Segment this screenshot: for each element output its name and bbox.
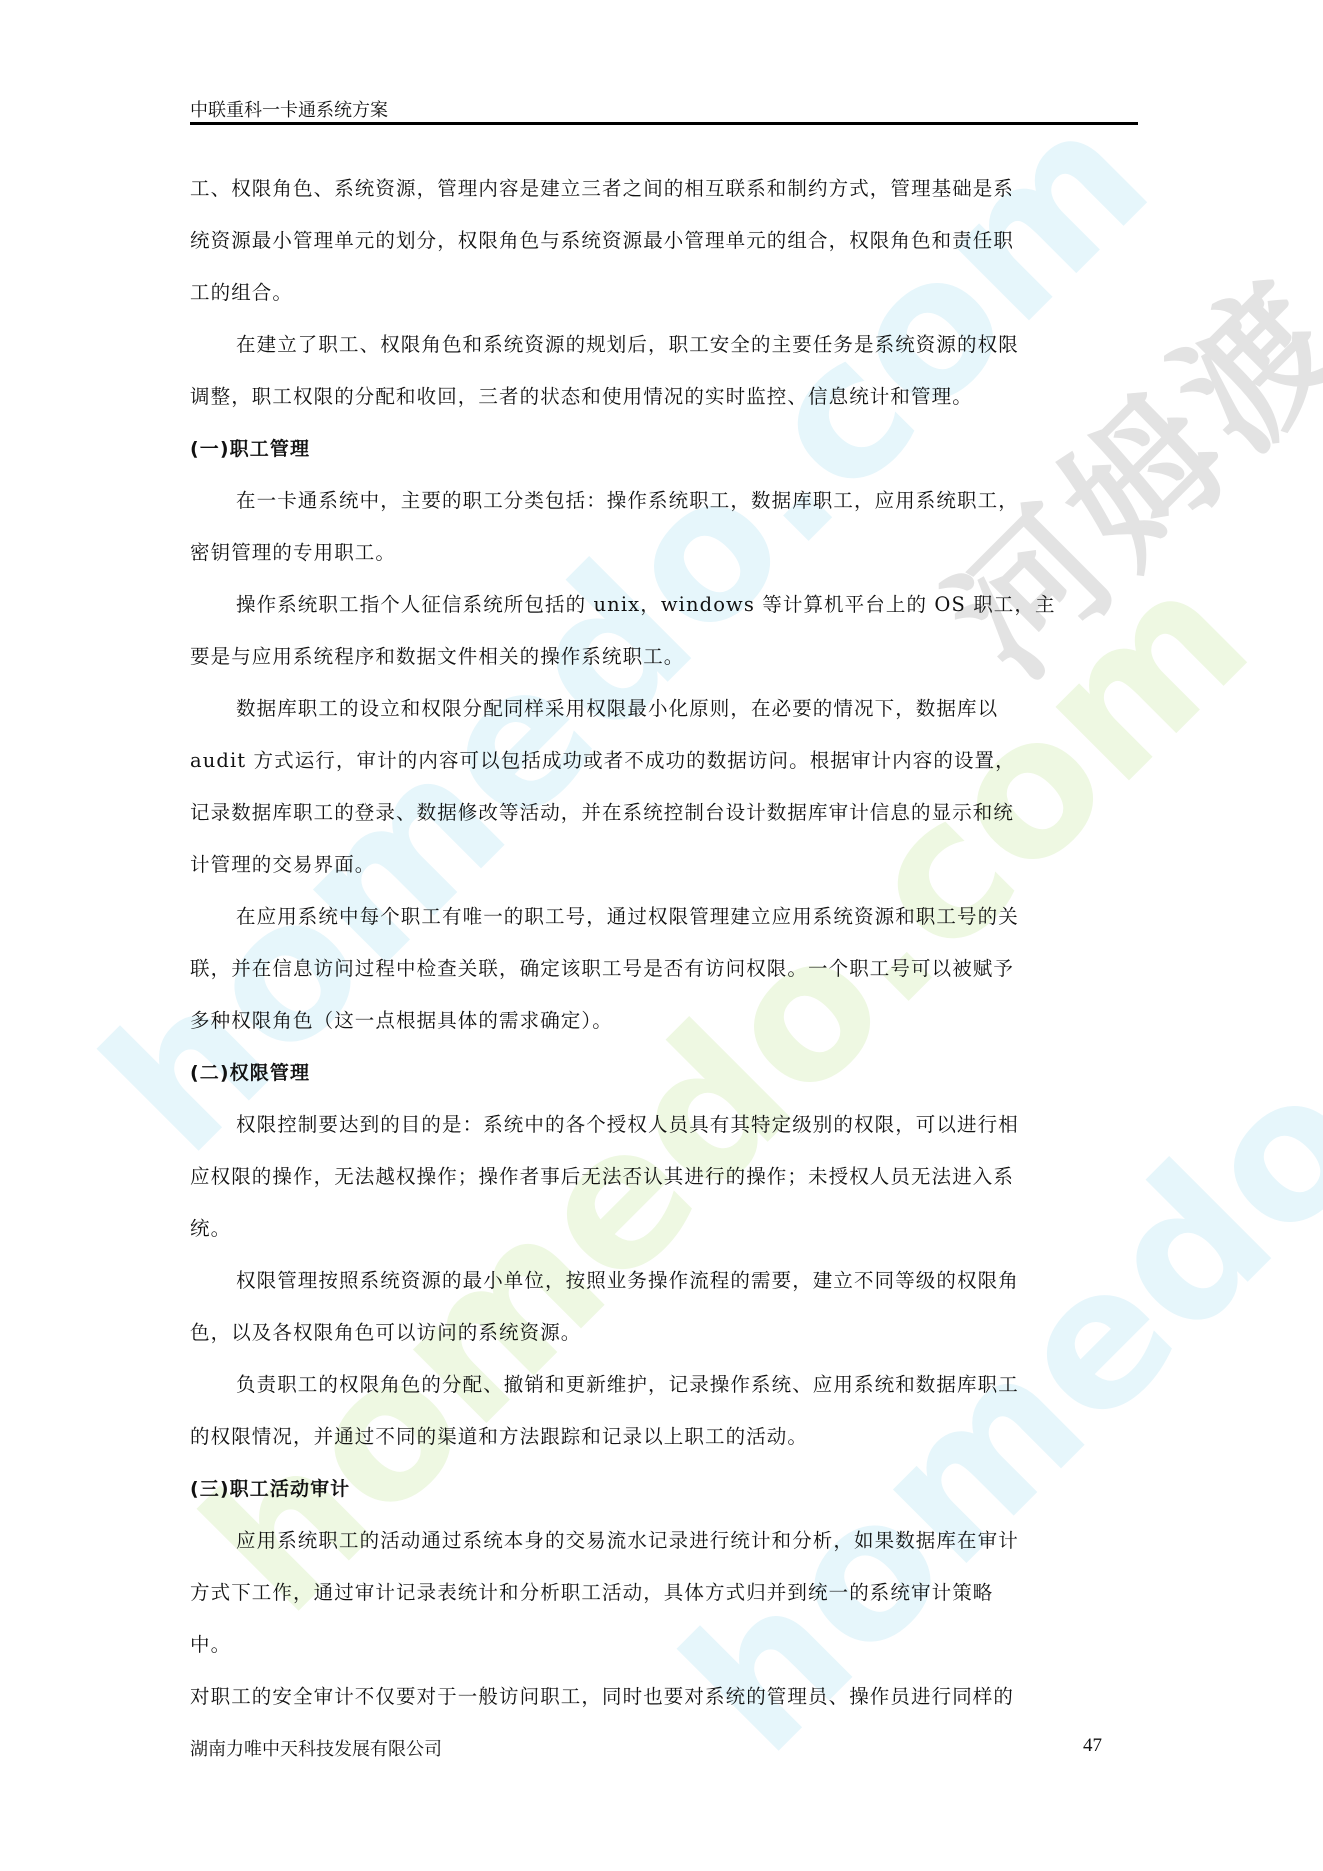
paragraph-line: audit 方式运行，审计的内容可以包括成功或者不成功的数据访问。根据审计内容的… bbox=[190, 735, 1138, 787]
paragraph-line: 联，并在信息访问过程中检查关联，确定该职工号是否有访问权限。一个职工号可以被赋予 bbox=[190, 943, 1138, 995]
page-header-title: 中联重科一卡通系统方案 bbox=[190, 96, 1138, 122]
paragraph-line: 密钥管理的专用职工。 bbox=[190, 527, 1138, 579]
paragraph-line: 记录数据库职工的登录、数据修改等活动，并在系统控制台设计数据库审计信息的显示和统 bbox=[190, 787, 1138, 839]
paragraph-line: 在应用系统中每个职工有唯一的职工号，通过权限管理建立应用系统资源和职工号的关 bbox=[190, 891, 1138, 943]
section-heading: (三)职工活动审计 bbox=[190, 1463, 1138, 1515]
document-body: 工、权限角色、系统资源，管理内容是建立三者之间的相互联系和制约方式，管理基础是系… bbox=[190, 163, 1138, 1723]
paragraph-line: 工的组合。 bbox=[190, 267, 1138, 319]
paragraph-line: 色，以及各权限角色可以访问的系统资源。 bbox=[190, 1307, 1138, 1359]
page-number: 47 bbox=[1083, 1735, 1102, 1757]
paragraph-line: 操作系统职工指个人征信系统所包括的 unix，windows 等计算机平台上的 … bbox=[190, 579, 1138, 631]
paragraph-line: 计管理的交易界面。 bbox=[190, 839, 1138, 891]
paragraph-line: 对职工的安全审计不仅要对于一般访问职工，同时也要对系统的管理员、操作员进行同样的 bbox=[190, 1671, 1138, 1723]
paragraph-line: 要是与应用系统程序和数据文件相关的操作系统职工。 bbox=[190, 631, 1138, 683]
paragraph-line: 应用系统职工的活动通过系统本身的交易流水记录进行统计和分析，如果数据库在审计 bbox=[190, 1515, 1138, 1567]
paragraph-line: 在一卡通系统中，主要的职工分类包括：操作系统职工，数据库职工，应用系统职工， bbox=[190, 475, 1138, 527]
paragraph-line: 多种权限角色（这一点根据具体的需求确定）。 bbox=[190, 995, 1138, 1047]
section-heading: (二)权限管理 bbox=[190, 1047, 1138, 1099]
paragraph-line: 负责职工的权限角色的分配、撤销和更新维护，记录操作系统、应用系统和数据库职工 bbox=[190, 1359, 1138, 1411]
paragraph-line: 工、权限角色、系统资源，管理内容是建立三者之间的相互联系和制约方式，管理基础是系 bbox=[190, 163, 1138, 215]
section-heading: (一)职工管理 bbox=[190, 423, 1138, 475]
paragraph-line: 权限控制要达到的目的是：系统中的各个授权人员具有其特定级别的权限，可以进行相 bbox=[190, 1099, 1138, 1151]
paragraph-line: 方式下工作，通过审计记录表统计和分析职工活动，具体方式归并到统一的系统审计策略 bbox=[190, 1567, 1138, 1619]
paragraph-line: 中。 bbox=[190, 1619, 1138, 1671]
paragraph-line: 调整，职工权限的分配和收回，三者的状态和使用情况的实时监控、信息统计和管理。 bbox=[190, 371, 1138, 423]
paragraph-line: 统资源最小管理单元的划分，权限角色与系统资源最小管理单元的组合，权限角色和责任职 bbox=[190, 215, 1138, 267]
paragraph-line: 权限管理按照系统资源的最小单位，按照业务操作流程的需要，建立不同等级的权限角 bbox=[190, 1255, 1138, 1307]
footer-company: 湖南力唯中天科技发展有限公司 bbox=[190, 1735, 442, 1761]
header-divider bbox=[190, 122, 1138, 125]
paragraph-line: 应权限的操作，无法越权操作；操作者事后无法否认其进行的操作；未授权人员无法进入系 bbox=[190, 1151, 1138, 1203]
paragraph-line: 数据库职工的设立和权限分配同样采用权限最小化原则，在必要的情况下，数据库以 bbox=[190, 683, 1138, 735]
paragraph-line: 的权限情况，并通过不同的渠道和方法跟踪和记录以上职工的活动。 bbox=[190, 1411, 1138, 1463]
paragraph-line: 在建立了职工、权限角色和系统资源的规划后，职工安全的主要任务是系统资源的权限 bbox=[190, 319, 1138, 371]
paragraph-line: 统。 bbox=[190, 1203, 1138, 1255]
